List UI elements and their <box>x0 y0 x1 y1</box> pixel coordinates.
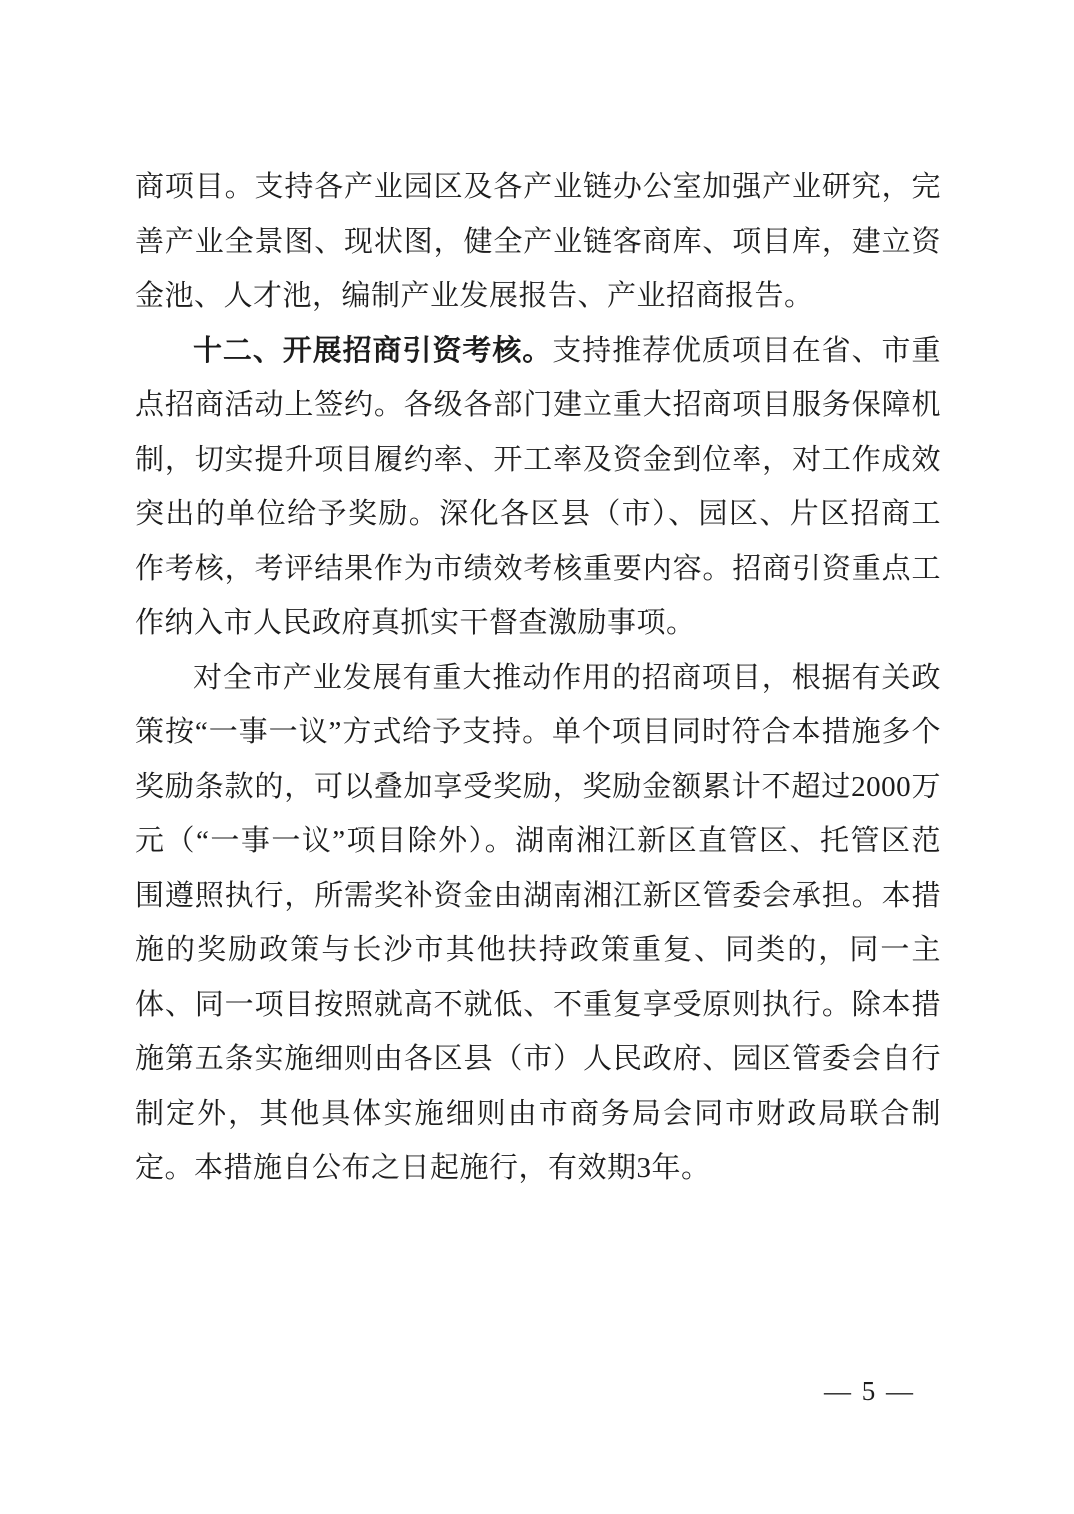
page-number: — 5 — <box>824 1376 915 1406</box>
paragraph-continuation: 商项目。支持各产业园区及各产业链办公室加强产业研究，完善产业全景图、现状图，健全… <box>135 160 941 324</box>
paragraph-section-12: 十二、开展招商引资考核。支持推荐优质项目在省、市重点招商活动上签约。各级各部门建… <box>135 324 941 651</box>
document-body: 商项目。支持各产业园区及各产业链办公室加强产业研究，完善产业全景图、现状图，健全… <box>135 160 941 1196</box>
paragraph-text: 商项目。支持各产业园区及各产业链办公室加强产业研究，完善产业全景图、现状图，健全… <box>135 171 941 312</box>
section-heading: 十二、开展招商引资考核。 <box>193 335 552 367</box>
page-footer: — 5 — <box>824 1376 915 1406</box>
paragraph-text: 对全市产业发展有重大推动作用的招商项目，根据有关政策按“一事一议”方式给予支持。… <box>135 662 941 1185</box>
document-page: 商项目。支持各产业园区及各产业链办公室加强产业研究，完善产业全景图、现状图，健全… <box>0 0 1074 1514</box>
paragraph-text: 支持推荐优质项目在省、市重点招商活动上签约。各级各部门建立重大招商项目服务保障机… <box>135 335 941 640</box>
paragraph-general-provisions: 对全市产业发展有重大推动作用的招商项目，根据有关政策按“一事一议”方式给予支持。… <box>135 651 941 1196</box>
